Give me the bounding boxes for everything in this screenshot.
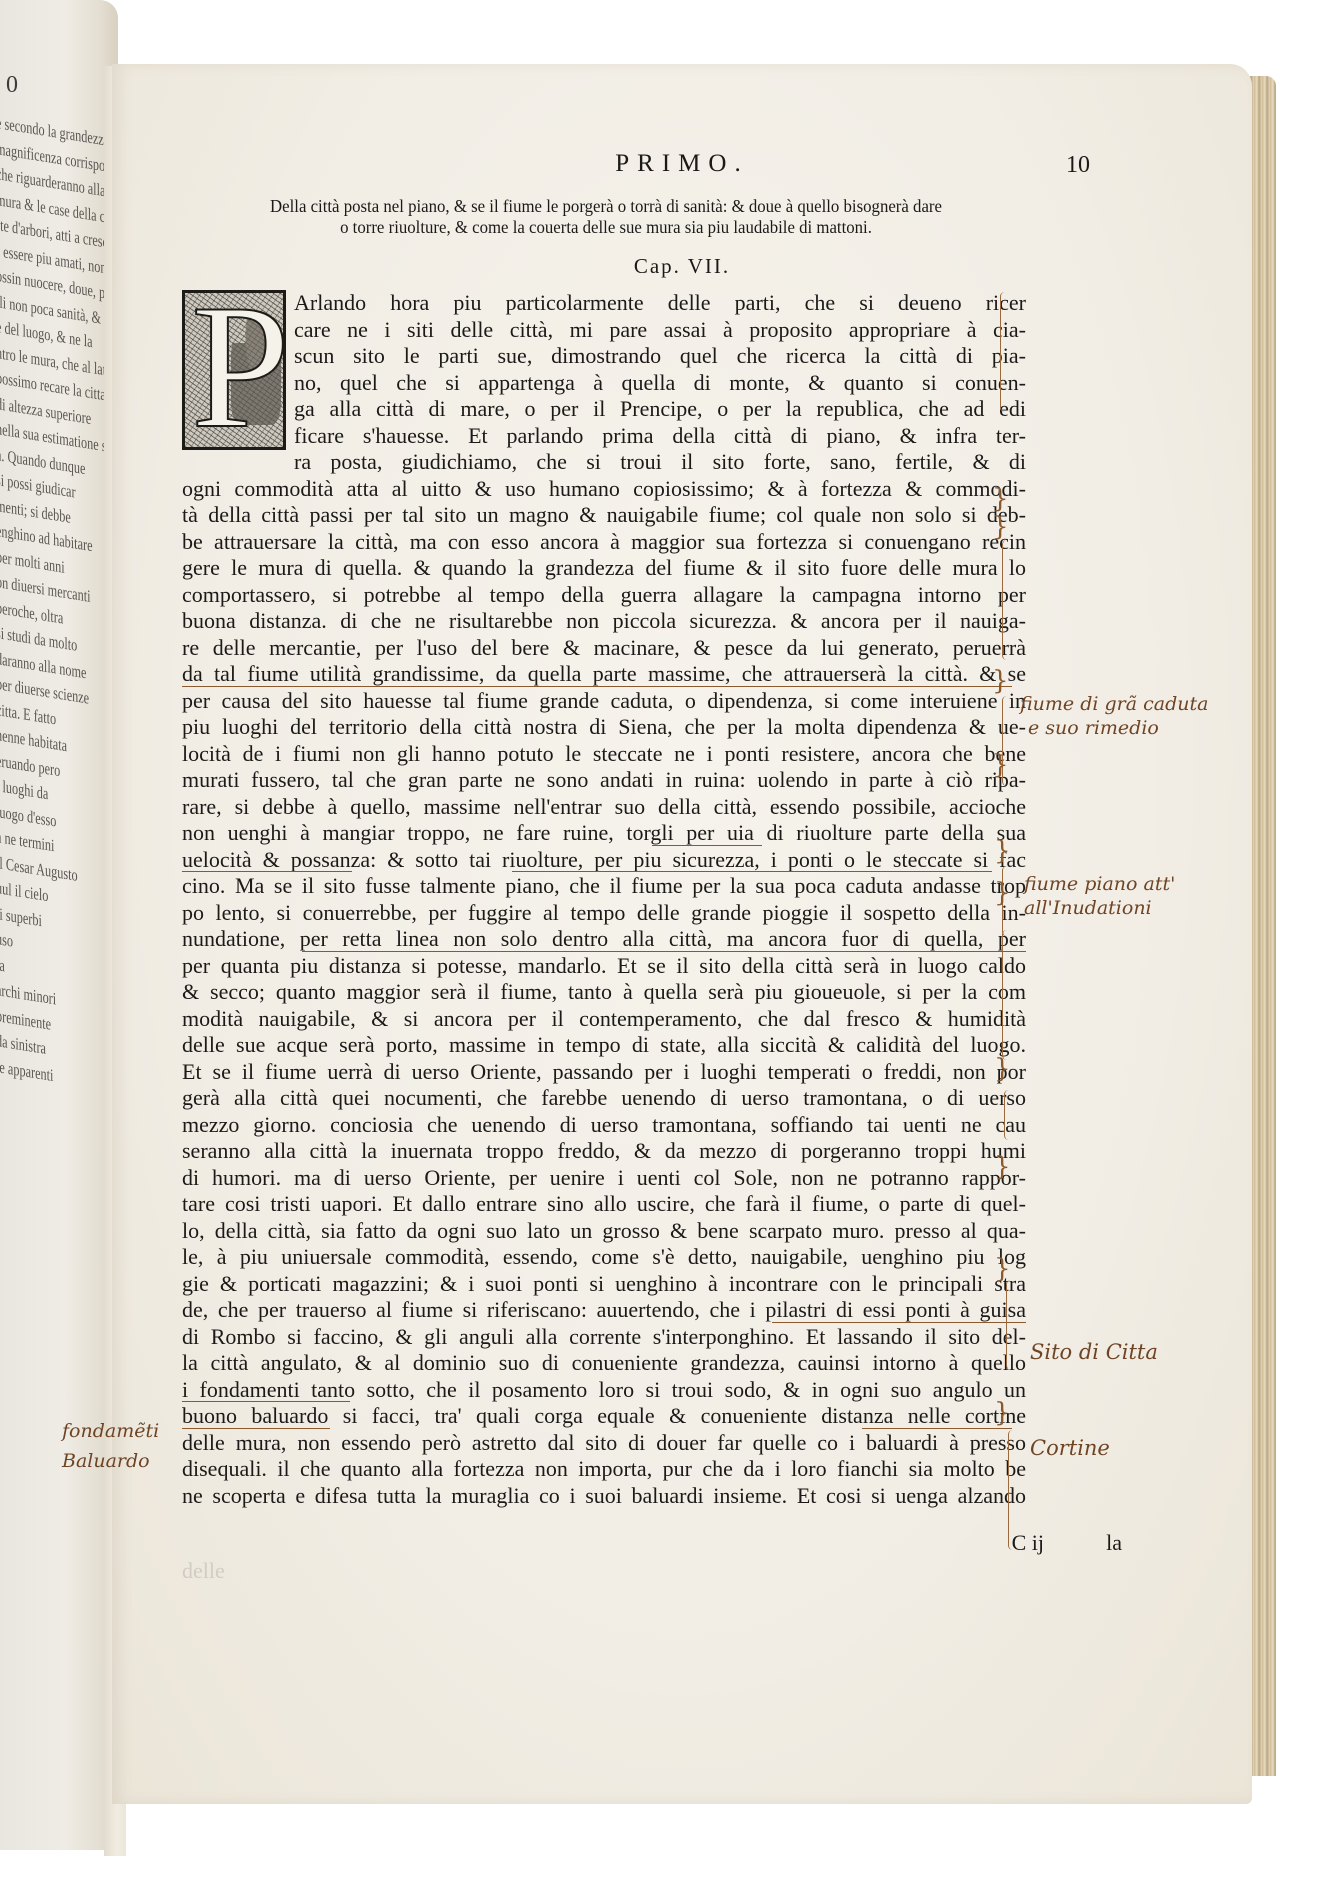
margin-bracket [1004,1090,1013,1140]
text-line: ra posta, giudichiamo, che si troui il s… [294,449,1026,476]
margin-brace-icon: } [992,752,1009,778]
text-line: mezzo giorno. conciosia che uenendo di u… [182,1112,1026,1139]
text-line: no, quel che si appartenga à quella di m… [294,370,1026,397]
text-line: delle sue acque serà porto, massime in t… [182,1032,1026,1059]
margin-brace-icon: } [994,1400,1011,1426]
page-number: 10 [1066,152,1090,179]
text-line: cino. Ma se il sito fusse talmente piano… [182,873,1026,900]
text-line: i fondamenti tanto sotto, che il posamen… [182,1377,1026,1404]
text-line: le, à piu uniuersale commodità, essendo,… [182,1244,1026,1271]
text-line: buono baluardo si facci, tra' quali corg… [182,1403,1026,1430]
text-line: ficare s'hauesse. Et parlando prima dell… [294,423,1026,450]
text-line: tare cosi tristi uapori. Et dallo entrar… [182,1191,1026,1218]
margin-bracket [1006,1280,1015,1370]
left-page: 0 e secondo la grandezza delmagnificenza… [0,0,118,1850]
text-line: tà della città passi per tal sito un mag… [182,502,1026,529]
text-line: de, che per trauerso al fiume si riferis… [182,1297,1026,1324]
text-line: rare, si debbe à quello, massime nell'en… [182,794,1026,821]
text-line: Arlando hora piu particolarmente delle p… [294,290,1026,317]
ink-underline [182,1401,350,1402]
text-line: da tal fiume utilità grandissime, da que… [182,661,1026,688]
text-line: locità de i fiumi non gli hanno potuto l… [182,741,1026,768]
text-line: gie & porticati magazzini; & i suoi pont… [182,1271,1026,1298]
text-line: lo, della città, sia fatto da ogni suo l… [182,1218,1026,1245]
text-line: piu luoghi del territorio della città no… [182,714,1026,741]
ink-underline [652,845,762,846]
margin-brace-icon: } [994,1154,1011,1180]
text-line: po lento, si conuerrebbe, per fuggire al… [182,900,1026,927]
text-line: re delle mercantie, per l'uso del bere &… [182,635,1026,662]
margin-bracket [1000,292,1009,412]
text-line: seranno alla città la inuernata troppo f… [182,1138,1026,1165]
margin-brace-icon: } [994,880,1011,906]
text-line: care ne i siti delle città, mi pare assa… [294,317,1026,344]
margin-brace-icon: } [992,486,1009,512]
margin-brace-icon: } [994,1256,1011,1282]
text-line: scun sito le parti sue, dimostrando quel… [294,343,1026,370]
text-line: gerà alla città quei nocumenti, che fare… [182,1085,1026,1112]
margin-brace-icon: } [992,668,1009,694]
margin-note: fondamẽti Baluardo [62,1416,159,1476]
text-line: buona distanza. di che ne risultarebbe n… [182,608,1026,635]
catchword: la [1106,1530,1122,1556]
margin-bracket [1002,930,1011,1060]
show-through-text: delle [182,1558,225,1584]
text-line: ogni commodità atta al uitto & uso human… [182,476,1026,503]
text-line: nundatione, per retta linea non solo den… [182,926,1026,953]
text-line: la città angulato, & al dominio suo di c… [182,1350,1026,1377]
margin-note: Sito di Citta [1030,1340,1158,1364]
text-line: di humori. ma di uerso Oriente, per ueni… [182,1165,1026,1192]
body-text: Arlando hora piu particolarmente delle p… [182,290,1026,1509]
text-line: di Rombo si faccino, & gli anguli alla c… [182,1324,1026,1351]
book-photograph: 0 e secondo la grandezza delmagnificenza… [0,0,1339,1890]
ink-underline [182,1428,330,1429]
text-line: modità nauigabile, & si ancora per il co… [182,1006,1026,1033]
text-line: per quanta piu distanza si potesse, mand… [182,953,1026,980]
text-line: be attrauersare la città, ma con esso an… [182,529,1026,556]
margin-brace-icon: } [994,1056,1011,1082]
chapter-heading: Cap. VII. [112,254,1252,279]
chapter-summary: Della città posta nel piano, & se il fiu… [222,196,990,238]
margin-note: fiume piano att' all'Inudationi [1024,872,1175,920]
text-line: Et se il fiume uerrà di uerso Oriente, p… [182,1059,1026,1086]
margin-note: fiume di grã caduta e suo rimedio [1020,692,1208,740]
margin-bracket [1002,540,1011,660]
ink-underline [182,686,1012,687]
text-line: murati fussero, tal che gran parte ne so… [182,767,1026,794]
text-line: gere le mura di quella. & quando la gran… [182,555,1026,582]
text-line: uelocità & possanza: & sotto tai riuoltu… [182,847,1026,874]
ink-underline [302,951,1026,952]
text-line: disequali. il che quanto alla fortezza n… [182,1456,1026,1483]
text-line: & secco; quanto maggior serà il fiume, t… [182,979,1026,1006]
margin-note: Cortine [1030,1436,1110,1460]
chapter-summary-line: o torre riuolture, & come la couerta del… [222,217,990,238]
margin-brace-icon: } [992,514,1009,540]
ink-underline [862,1428,1012,1429]
ink-underline [772,1322,1026,1323]
text-line: non uenghi à mangiar troppo, ne fare rui… [182,820,1026,847]
ink-underline [512,871,992,872]
text-line: ga alla città di mare, o per il Prencipe… [294,396,1026,423]
ink-underline [182,871,352,872]
text-line: per causa del sito hauesse tal fiume gra… [182,688,1026,715]
left-page-folio: 0 [6,72,18,99]
right-page: PRIMO. 10 Della città posta nel piano, &… [112,64,1252,1804]
text-line: delle mura, non essendo però astretto da… [182,1430,1026,1457]
margin-bracket [1008,1430,1017,1550]
left-page-text: e secondo la grandezza delmagnificenza c… [0,110,118,1102]
text-line: comportassero, si potrebbe al tempo dell… [182,582,1026,609]
margin-brace-icon: } [994,838,1011,864]
chapter-summary-line: Della città posta nel piano, & se il fiu… [222,196,990,217]
text-line: ne scoperta e difesa tutta la muraglia c… [182,1483,1026,1510]
